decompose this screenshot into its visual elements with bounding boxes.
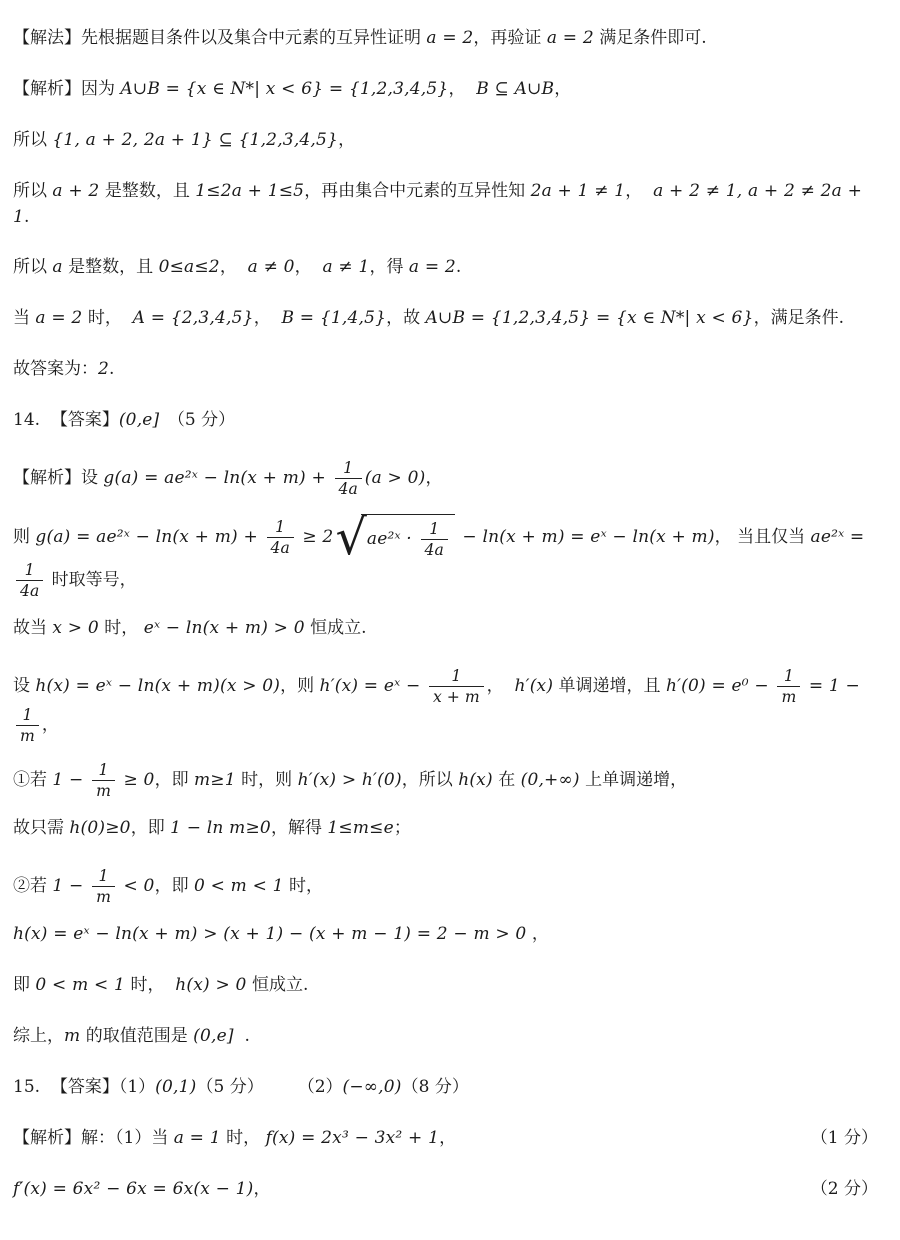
fraction-denominator: 4a: [16, 581, 43, 600]
math-run: 1≤m≤e: [327, 818, 394, 838]
text-run: ，: [487, 676, 515, 696]
text-run: .: [109, 359, 114, 379]
math-run: g(a) = ae²ˣ − ln(x + m) +: [103, 468, 331, 488]
fraction: 14a: [16, 561, 43, 600]
text-run: 则: [13, 527, 35, 547]
text-run: 是整数，且: [63, 257, 159, 277]
math-run: h′(x) = eˣ −: [320, 676, 426, 696]
math-run: m≥1: [194, 770, 236, 790]
fraction-numerator: 1: [267, 518, 294, 538]
text-run: .: [24, 207, 29, 227]
math-run: h(0)≥0: [69, 818, 130, 838]
line-content: 当 a = 2 时， A = {2,3,4,5}， B = {1,4,5}，故 …: [13, 306, 844, 332]
math-run: h(x) = eˣ − ln(x + m) > (x + 1) − (x + m…: [13, 924, 526, 944]
fraction-numerator: 1: [335, 459, 362, 479]
math-run: ≥ 0: [118, 770, 155, 790]
math-run: 0≤a≤2: [159, 257, 220, 277]
text-run: ①若: [13, 770, 52, 790]
text-run: 【解析】设: [13, 468, 103, 488]
text-run: ，所以: [402, 770, 458, 790]
sqrt-radical: √ae²ˣ · 14a: [335, 514, 454, 561]
fraction: 14a: [335, 459, 362, 498]
line-content: h(x) = eˣ − ln(x + m) > (x + 1) − (x + m…: [13, 922, 549, 948]
fraction-numerator: 1: [92, 761, 115, 781]
text-run: ，即: [155, 770, 194, 790]
line-content: 所以 a 是整数，且 0≤a≤2， a ≠ 0， a ≠ 1，得 a = 2.: [13, 255, 461, 281]
text-run: ，: [625, 181, 653, 201]
fraction: 1m: [92, 867, 115, 906]
text-run: 故答案为：: [13, 359, 98, 379]
math-run: B ⊆ A∪B: [476, 79, 554, 99]
fraction-numerator: 1: [16, 561, 43, 581]
math-run: a: [52, 257, 62, 277]
math-run: (0,+∞): [521, 770, 580, 790]
fraction-numerator: 1: [16, 706, 39, 726]
text-run: ，满足条件.: [754, 308, 844, 328]
math-run: x > 0: [52, 618, 98, 638]
math-run: A = {2,3,4,5}: [133, 308, 254, 328]
text-run: ，: [220, 257, 248, 277]
line-15-answer: 15. 【答案】（1）(0,1)（5 分） （2）(−∞,0)（8 分）: [13, 1075, 878, 1101]
math-run: f(x) = 2x³ − 3x² + 1: [266, 1128, 440, 1148]
line-content: 即 0 < m < 1 时， h(x) > 0 恒成立.: [13, 973, 308, 999]
text-run: 【解法】先根据题目条件以及集合中元素的互异性证明: [13, 28, 426, 48]
math-run: B = {1,4,5}: [282, 308, 387, 328]
line-content: 故答案为：2.: [13, 357, 114, 383]
line-14-case1-1: ①若 1 − 1m ≥ 0，即 m≥1 时，则 h′(x) > h′(0)，所以…: [13, 761, 878, 800]
math-run: (a > 0): [365, 468, 426, 488]
text-run: 时取等号，: [46, 570, 136, 590]
text-run: 是整数，且: [99, 181, 195, 201]
text-run: ，则: [280, 676, 319, 696]
math-run: f′(x) = 6x² − 6x = 6x(x − 1): [13, 1179, 254, 1199]
math-run: ≥ 2: [297, 527, 334, 547]
line-14-analysis-4: 设 h(x) = eˣ − ln(x + m)(x > 0)，则 h′(x) =…: [13, 667, 878, 745]
fraction-denominator: 4a: [421, 540, 448, 559]
line-15-analysis-2: f′(x) = 6x² − 6x = 6x(x − 1)，（2 分）: [13, 1177, 878, 1203]
math-run: h(x): [458, 770, 493, 790]
line-14-case2-2: h(x) = eˣ − ln(x + m) > (x + 1) − (x + m…: [13, 922, 878, 948]
text-run: 时，则: [236, 770, 298, 790]
line-content: 则 g(a) = ae²ˣ − ln(x + m) + 14a ≥ 2√ae²ˣ…: [13, 514, 878, 600]
text-run: ②若: [13, 876, 52, 896]
text-run: ，解得: [271, 818, 327, 838]
line-content: f′(x) = 6x² − 6x = 6x(x − 1)，: [13, 1177, 271, 1203]
text-run: 当: [13, 308, 35, 328]
text-run: 14. 【答案】: [13, 410, 119, 430]
math-solution-document: 【解法】先根据题目条件以及集合中元素的互异性证明 a = 2，再验证 a = 2…: [0, 0, 900, 1240]
text-run: 【解析】解：（1）当: [13, 1128, 174, 1148]
line-content: 【解法】先根据题目条件以及集合中元素的互异性证明 a = 2，再验证 a = 2…: [13, 26, 707, 52]
text-run: 恒成立.: [247, 975, 309, 995]
line-13-analysis-3: 所以 a + 2 是整数，且 1≤2a + 1≤5，再由集合中元素的互异性知 2…: [13, 179, 878, 230]
fraction-denominator: 4a: [335, 479, 362, 498]
text-run: 时，: [82, 308, 132, 328]
text-run: ，即: [131, 818, 170, 838]
fraction: 1m: [92, 761, 115, 800]
text-run: ，再验证: [473, 28, 546, 48]
text-run: ，: [254, 308, 282, 328]
fraction-denominator: m: [777, 687, 800, 706]
math-run: = 1 −: [803, 676, 865, 696]
math-run: A∪B = {1,2,3,4,5} = {x ∈ N*| x < 6}: [426, 308, 754, 328]
math-run: a = 2: [426, 28, 473, 48]
text-run: 单调递增，且: [553, 676, 666, 696]
line-content: ②若 1 − 1m < 0，即 0 < m < 1 时，: [13, 867, 323, 906]
math-run: h(x) > 0: [175, 975, 246, 995]
text-run: ，: [42, 715, 59, 735]
text-run: 时，: [284, 876, 323, 896]
math-run: eˣ − ln(x + m) > 0: [144, 618, 305, 638]
fraction-denominator: m: [16, 726, 39, 745]
line-15-analysis-1: 【解析】解：（1）当 a = 1 时， f(x) = 2x³ − 3x² + 1…: [13, 1126, 878, 1152]
math-run: a ≠ 0: [248, 257, 295, 277]
line-content: 故当 x > 0 时， eˣ − ln(x + m) > 0 恒成立.: [13, 616, 367, 642]
fraction-numerator: 1: [777, 667, 800, 687]
text-run: ，: [554, 79, 571, 99]
text-run: ， 当且仅当: [715, 527, 811, 547]
math-run: 2: [98, 359, 109, 379]
math-run: (0,e]: [193, 1026, 234, 1046]
text-run: ，再由集合中元素的互异性知: [304, 181, 530, 201]
text-run: 所以: [13, 130, 52, 150]
fraction-numerator: 1: [421, 520, 448, 540]
math-run: a = 2: [409, 257, 456, 277]
math-run: ae²ˣ ·: [367, 527, 418, 553]
math-run: 2a + 1 ≠ 1: [531, 181, 626, 201]
math-run: h′(0) = e⁰ −: [666, 676, 774, 696]
math-run: a = 2: [35, 308, 82, 328]
fraction-denominator: m: [92, 781, 115, 800]
fraction-denominator: m: [92, 887, 115, 906]
text-run: 15. 【答案】（1）: [13, 1077, 155, 1097]
math-run: A∪B = {x ∈ N*| x < 6} = {1,2,3,4,5}: [120, 79, 448, 99]
math-run: 1 − ln m≥0: [170, 818, 271, 838]
radicand: ae²ˣ · 14a: [361, 514, 455, 561]
line-13-method: 【解法】先根据题目条件以及集合中元素的互异性证明 a = 2，再验证 a = 2…: [13, 26, 878, 52]
line-13-analysis-2: 所以 {1, a + 2, 2a + 1} ⊆ {1,2,3,4,5}，: [13, 128, 878, 154]
line-13-verification: 当 a = 2 时， A = {2,3,4,5}， B = {1,4,5}，故 …: [13, 306, 878, 332]
fraction-numerator: 1: [429, 667, 484, 687]
math-run: h′(x) > h′(0): [298, 770, 402, 790]
line-13-analysis-1: 【解析】因为 A∪B = {x ∈ N*| x < 6} = {1,2,3,4,…: [13, 77, 878, 103]
text-run: .: [234, 1026, 250, 1046]
line-content: 故只需 h(0)≥0，即 1 − ln m≥0，解得 1≤m≤e；: [13, 816, 411, 842]
fraction: 1x + m: [429, 667, 484, 706]
text-run: 时，: [221, 1128, 266, 1148]
text-run: ；: [394, 818, 411, 838]
text-run: ，即: [155, 876, 194, 896]
line-14-analysis-2: 则 g(a) = ae²ˣ − ln(x + m) + 14a ≥ 2√ae²ˣ…: [13, 514, 878, 600]
math-run: 0 < m < 1: [35, 975, 125, 995]
text-run: （5 分） （2）: [196, 1077, 342, 1097]
line-content: ①若 1 − 1m ≥ 0，即 m≥1 时，则 h′(x) > h′(0)，所以…: [13, 761, 687, 800]
text-run: ，: [526, 924, 548, 944]
text-run: ，: [254, 1179, 271, 1199]
text-run: 在: [493, 770, 521, 790]
math-run: 1 −: [52, 770, 89, 790]
math-run: a ≠ 1: [322, 257, 369, 277]
text-run: 的取值范围是: [80, 1026, 193, 1046]
line-14-case2-1: ②若 1 − 1m < 0，即 0 < m < 1 时，: [13, 867, 878, 906]
text-run: （8 分）: [402, 1077, 469, 1097]
text-run: 设: [13, 676, 35, 696]
text-run: 恒成立.: [305, 618, 367, 638]
fraction: 14a: [267, 518, 294, 557]
math-run: 0 < m < 1: [194, 876, 284, 896]
text-run: 故当: [13, 618, 52, 638]
text-run: ，: [295, 257, 323, 277]
line-content: 【解析】设 g(a) = ae²ˣ − ln(x + m) + 14a(a > …: [13, 459, 442, 498]
line-content: 【解析】解：（1）当 a = 1 时， f(x) = 2x³ − 3x² + 1…: [13, 1126, 456, 1152]
fraction: 14a: [421, 520, 448, 559]
text-run: ，得: [369, 257, 408, 277]
text-run: ，: [439, 1128, 456, 1148]
text-run: 综上，: [13, 1026, 64, 1046]
math-run: m: [64, 1026, 80, 1046]
text-run: ，: [425, 468, 442, 488]
text-run: .: [456, 257, 461, 277]
line-14-conclusion: 综上，m 的取值范围是 (0,e] .: [13, 1024, 878, 1050]
text-run: 所以: [13, 181, 52, 201]
fraction: 1m: [777, 667, 800, 706]
math-run: ae²ˣ =: [810, 527, 870, 547]
math-run: a = 1: [174, 1128, 221, 1148]
score-label: （1 分）: [811, 1126, 878, 1152]
math-run: 1≤2a + 1≤5: [195, 181, 304, 201]
text-run: 时，: [125, 975, 175, 995]
math-run: h(x) = eˣ − ln(x + m)(x > 0): [35, 676, 280, 696]
math-run: a + 2: [52, 181, 99, 201]
math-run: h′(x): [514, 676, 553, 696]
line-13-final-answer: 故答案为：2.: [13, 357, 878, 383]
line-content: 设 h(x) = eˣ − ln(x + m)(x > 0)，则 h′(x) =…: [13, 667, 878, 745]
text-run: ，: [448, 79, 476, 99]
math-run: (0,1): [155, 1077, 196, 1097]
line-content: 15. 【答案】（1）(0,1)（5 分） （2）(−∞,0)（8 分）: [13, 1075, 469, 1101]
fraction-denominator: x + m: [429, 687, 484, 706]
math-run: g(a) = ae²ˣ − ln(x + m) +: [35, 527, 263, 547]
math-run: − ln(x + m) = eˣ − ln(x + m): [457, 527, 715, 547]
text-run: 故只需: [13, 818, 69, 838]
line-14-analysis-3: 故当 x > 0 时， eˣ − ln(x + m) > 0 恒成立.: [13, 616, 878, 642]
text-run: （5 分）: [159, 410, 235, 430]
fraction: 1m: [16, 706, 39, 745]
text-run: 时，: [99, 618, 144, 638]
text-run: 上单调递增，: [580, 770, 687, 790]
math-run: (−∞,0): [343, 1077, 402, 1097]
text-run: 【解析】因为: [13, 79, 120, 99]
line-14-case1-2: 故只需 h(0)≥0，即 1 − ln m≥0，解得 1≤m≤e；: [13, 816, 878, 842]
line-14-case2-3: 即 0 < m < 1 时， h(x) > 0 恒成立.: [13, 973, 878, 999]
line-content: 所以 {1, a + 2, 2a + 1} ⊆ {1,2,3,4,5}，: [13, 128, 355, 154]
fraction-numerator: 1: [92, 867, 115, 887]
line-content: 所以 a + 2 是整数，且 1≤2a + 1≤5，再由集合中元素的互异性知 2…: [13, 179, 878, 230]
line-content: 【解析】因为 A∪B = {x ∈ N*| x < 6} = {1,2,3,4,…: [13, 77, 571, 103]
line-13-analysis-4: 所以 a 是整数，且 0≤a≤2， a ≠ 0， a ≠ 1，得 a = 2.: [13, 255, 878, 281]
math-run: (0,e]: [119, 410, 160, 430]
line-content: 综上，m 的取值范围是 (0,e] .: [13, 1024, 250, 1050]
text-run: ，: [338, 130, 355, 150]
text-run: 即: [13, 975, 35, 995]
line-14-answer: 14. 【答案】(0,e] （5 分）: [13, 408, 878, 434]
line-content: 14. 【答案】(0,e] （5 分）: [13, 408, 235, 434]
math-run: a = 2: [547, 28, 594, 48]
score-label: （2 分）: [811, 1177, 878, 1203]
math-run: 1 −: [52, 876, 89, 896]
math-run: < 0: [118, 876, 155, 896]
text-run: ，故: [386, 308, 425, 328]
fraction-denominator: 4a: [267, 538, 294, 557]
math-run: {1, a + 2, 2a + 1} ⊆ {1,2,3,4,5}: [52, 130, 338, 150]
text-run: 满足条件即可.: [594, 28, 707, 48]
line-14-analysis-1: 【解析】设 g(a) = ae²ˣ − ln(x + m) + 14a(a > …: [13, 459, 878, 498]
text-run: 所以: [13, 257, 52, 277]
